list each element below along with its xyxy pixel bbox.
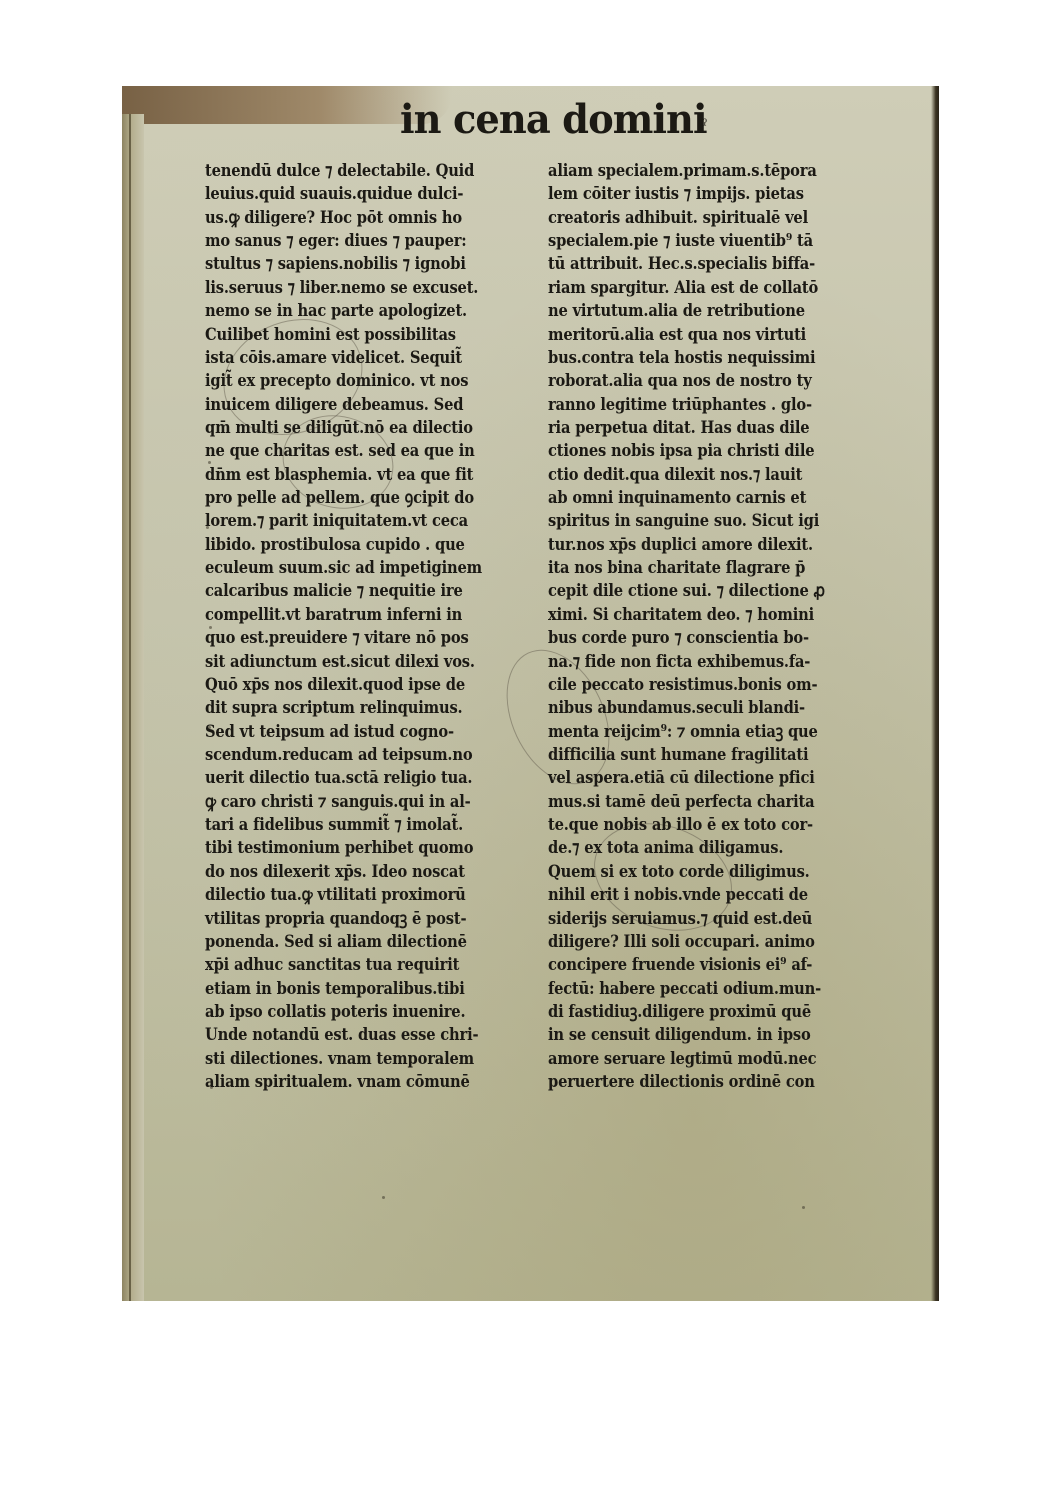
- text-line: sti dilectiones. vnam temporalem: [205, 1048, 493, 1071]
- text-line: ab ipso collatis poteris inuenire.: [205, 1001, 493, 1024]
- text-line: meritorū.alia est qua nos virtuti: [548, 324, 836, 347]
- text-line: sit adiunctum est.sicut dilexi vos.: [205, 651, 493, 674]
- text-line: xp̄i adhuc sanctitas tua requirit: [205, 954, 493, 977]
- margin-speck: [382, 1196, 385, 1199]
- page-right-bind-edge: [931, 86, 939, 1301]
- text-line: ab omni inquinamento carnis et: [548, 487, 836, 510]
- text-line: quo est.preuidere ⁊ vitare nō pos: [205, 627, 493, 650]
- text-line: us.ꝙ diligere? Hoc pōt omnis ho: [205, 207, 493, 230]
- text-line: spiritus in sanguine suo. Sicut igi: [548, 510, 836, 533]
- text-line: concipere fruende visionis ei⁹ af-: [548, 954, 836, 977]
- text-line: siderijs seruiamus.⁊ quid est.deū: [548, 908, 836, 931]
- text-line: compellit.vt baratrum inferni in: [205, 604, 493, 627]
- text-line: etiam in bonis temporalibus.tibi: [205, 978, 493, 1001]
- text-line: lis.seruus ⁊ liber.nemo se excuset.: [205, 277, 493, 300]
- text-line: ista cōis.amare videlicet. Sequit̃: [205, 347, 493, 370]
- text-line: aliam spiritualem. vnam cōmunē: [205, 1071, 493, 1094]
- text-line: ctiones nobis ipsa pia christi dile: [548, 440, 836, 463]
- text-line: bus.contra tela hostis nequissimi: [548, 347, 836, 370]
- text-line: mo sanus ⁊ eger: diues ⁊ pauper:: [205, 230, 493, 253]
- text-line: Quem si ex toto corde diligimus.: [548, 861, 836, 884]
- text-line: ita nos bina charitate flagrare p̄: [548, 557, 836, 580]
- text-line: Sed vt teipsum ad istud cogno-: [205, 721, 493, 744]
- text-line: ne virtutum.alia de retributione: [548, 300, 836, 323]
- text-line: eculeum suum.sic ad impetiginem: [205, 557, 493, 580]
- text-line: tū attribuit. Hec.s.specialis biffa-: [548, 253, 836, 276]
- text-line: in se censuit diligendum. in ipso: [548, 1024, 836, 1047]
- text-line: stultus ⁊ sapiens.nobilis ⁊ ignobi: [205, 253, 493, 276]
- text-line: nemo se in hac parte apologizet.: [205, 300, 493, 323]
- text-line: inuicem diligere debeamus. Sed: [205, 394, 493, 417]
- text-line: te.que nobis ab illo ē ex toto cor-: [548, 814, 836, 837]
- text-line: lem cōiter iustis ⁊ impijs. pietas: [548, 183, 836, 206]
- text-line: specialem.pie ⁊ iuste viuentib⁹ tā: [548, 230, 836, 253]
- text-line: na.⁊ fide non ficta exhibemus.fa-: [548, 651, 836, 674]
- text-line: qm̄ multi se diligūt.nō ea dilectio: [205, 417, 493, 440]
- text-line: fectū: habere peccati odium.mun-: [548, 978, 836, 1001]
- text-line: ponenda. Sed si aliam dilectionē: [205, 931, 493, 954]
- text-line: pro pelle ad pellem. que ꝯcipit do: [205, 487, 493, 510]
- text-line: dilectio tua.ꝙ vtilitati proximorū: [205, 884, 493, 907]
- text-line: cile peccato resistimus.bonis om-: [548, 674, 836, 697]
- margin-speck: [802, 1206, 805, 1209]
- text-line: nibus abundamus.seculi blandi-: [548, 697, 836, 720]
- text-line: vel aspera.etiā cū dilectione pfici: [548, 767, 836, 790]
- text-line: calcaribus malicie ⁊ nequitie ire: [205, 580, 493, 603]
- text-line: dn̄m est blasphemia. vt ea que fit: [205, 464, 493, 487]
- text-line: ne que charitas est. sed ea que in: [205, 440, 493, 463]
- text-column-left: tenendū dulce ⁊ delectabile. Quidleuius.…: [205, 160, 540, 1094]
- text-line: vtilitas propria quandoqꝫ ē post-: [205, 908, 493, 931]
- text-line: peruertere dilectionis ordinē con: [548, 1071, 836, 1094]
- text-line: ctio dedit.qua dilexit nos.⁊ lauit: [548, 464, 836, 487]
- text-line: aliam specialem.primam.s.tēpora: [548, 160, 836, 183]
- text-line: cepit dile ctione sui. ⁊ dilectione ꝓ: [548, 580, 836, 603]
- text-line: lorem.⁊ parit iniquitatem.vt ceca: [205, 510, 493, 533]
- text-line: uerit dilectio tua.sctā religio tua.: [205, 767, 493, 790]
- text-line: tibi testimonium perhibet quomo: [205, 837, 493, 860]
- text-line: creatoris adhibuit. spiritualē vel: [548, 207, 836, 230]
- running-head: in cena domini: [400, 96, 717, 142]
- signature-mark: ˀ: [703, 116, 707, 135]
- text-line: ranno legitime triūphantes . glo-: [548, 394, 836, 417]
- text-line: riam spargitur. Alia est de collatō: [548, 277, 836, 300]
- text-line: bus corde puro ⁊ conscientia bo-: [548, 627, 836, 650]
- text-line: ria perpetua ditat. Has duas dile: [548, 417, 836, 440]
- text-line: dit supra scriptum relinquimus.: [205, 697, 493, 720]
- text-line: libido. prostibulosa cupido . que: [205, 534, 493, 557]
- text-line: amore seruare legtimū modū.nec: [548, 1048, 836, 1071]
- text-line: di fastidiuꝫ.diligere proximū quē: [548, 1001, 836, 1024]
- text-line: ximi. Si charitatem deo. ⁊ homini: [548, 604, 836, 627]
- text-line: difficilia sunt humane fragilitati: [548, 744, 836, 767]
- text-line: mus.si tamē deū perfecta charita: [548, 791, 836, 814]
- text-line: roborat.alia qua nos de nostro ty: [548, 370, 836, 393]
- text-line: diligere? Illi soli occupari. animo: [548, 931, 836, 954]
- text-line: do nos dilexerit xp̄s. Ideo noscat: [205, 861, 493, 884]
- text-line: Unde notandū est. duas esse chri-: [205, 1024, 493, 1047]
- text-line: ꝙ caro christi ⁊ sanguis.qui in al-: [205, 791, 493, 814]
- text-line: tari a fidelibus summit̃ ⁊ imolat̃.: [205, 814, 493, 837]
- page-left-edge: [122, 114, 144, 1301]
- text-line: Quō xp̄s nos dilexit.quod ipse de: [205, 674, 493, 697]
- text-line: de.⁊ ex tota anima diligamus.: [548, 837, 836, 860]
- text-line: igit̃ ex precepto dominico. vt nos: [205, 370, 493, 393]
- page-fold-line: [129, 114, 131, 1301]
- text-line: menta reijcim⁹: ⁊ omnia etiaꝫ que: [548, 721, 836, 744]
- text-line: tenendū dulce ⁊ delectabile. Quid: [205, 160, 493, 183]
- text-line: tur.nos xp̄s duplici amore dilexit.: [548, 534, 836, 557]
- text-column-right: aliam specialem.primam.s.tēporalem cōite…: [548, 160, 883, 1094]
- text-line: scendum.reducam ad teipsum.no: [205, 744, 493, 767]
- text-line: leuius.quid suauis.quidue dulci-: [205, 183, 493, 206]
- text-line: nihil erit i nobis.vnde peccati de: [548, 884, 836, 907]
- text-line: Cuilibet homini est possibilitas: [205, 324, 493, 347]
